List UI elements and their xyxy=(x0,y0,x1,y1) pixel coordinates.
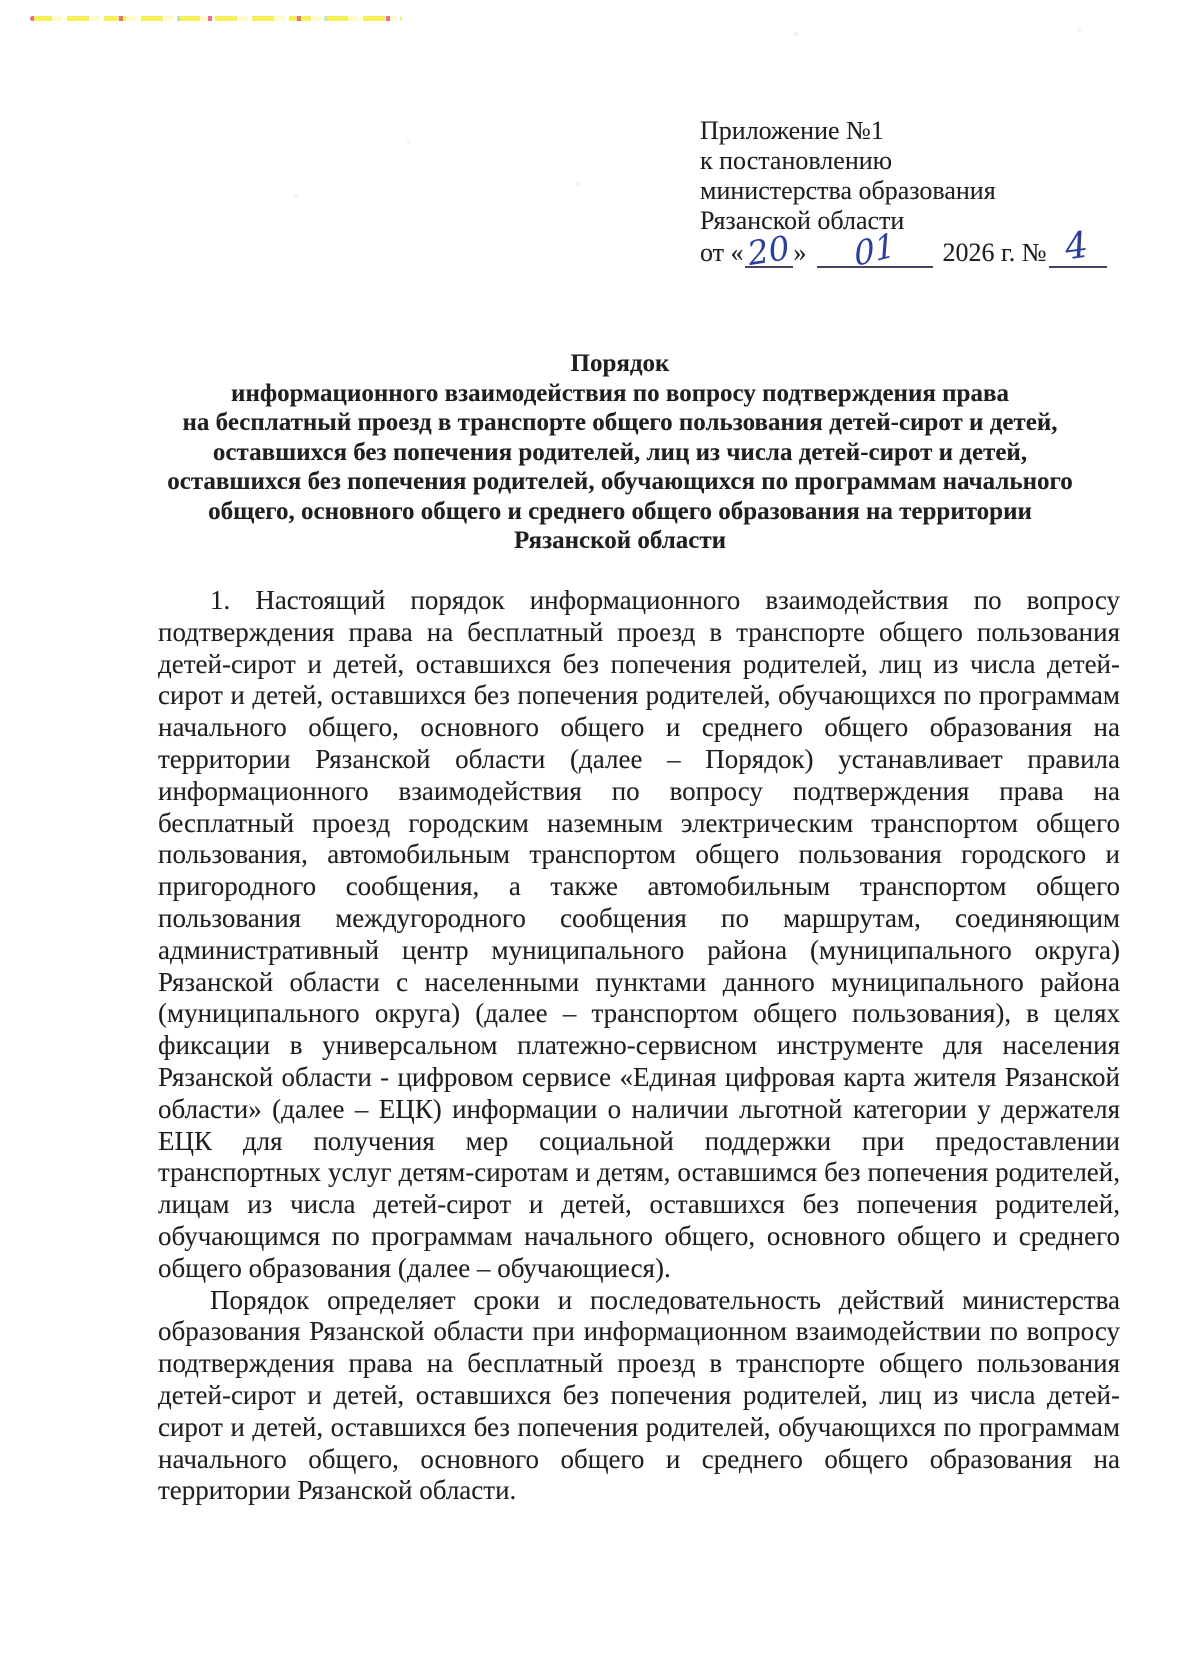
title-line: Порядок xyxy=(139,349,1101,379)
title-line: оставшихся без попечения родителей, обуч… xyxy=(139,467,1101,497)
title-line: на бесплатный проезд в транспорте общего… xyxy=(139,408,1101,438)
appendix-header-line: Приложение №1 xyxy=(700,116,1107,146)
doc-number-blank: 4 xyxy=(1049,240,1107,268)
handwritten-month: 01 xyxy=(852,232,895,268)
appendix-header: Приложение №1 к постановлению министерст… xyxy=(700,116,1107,268)
title-line: общего, основного общего и среднего обще… xyxy=(139,497,1101,527)
date-line: от «20»012026 г. №4 xyxy=(700,238,1107,268)
title-line: информационного взаимодействия по вопрос… xyxy=(139,379,1101,409)
date-prefix: от « xyxy=(700,238,744,267)
appendix-header-line: к постановлению xyxy=(700,146,1107,176)
body-paragraph: Порядок определяет сроки и последователь… xyxy=(158,1285,1120,1508)
body-paragraph: 1. Настоящий порядок информационного вза… xyxy=(158,585,1120,1285)
date-year-number-label: 2026 г. № xyxy=(943,238,1047,267)
scan-artifact-stripe xyxy=(30,16,402,21)
date-quote-close: » xyxy=(794,238,807,267)
handwritten-day: 20 xyxy=(745,235,791,267)
document-body: 1. Настоящий порядок информационного вза… xyxy=(158,585,1120,1507)
date-month-blank: 01 xyxy=(817,240,933,268)
scanned-document-page: Приложение №1 к постановлению министерст… xyxy=(0,0,1200,1676)
date-day-blank: 20 xyxy=(745,240,793,268)
document-title: Порядок информационного взаимодействия п… xyxy=(139,349,1101,556)
title-line: Рязанской области xyxy=(139,526,1101,556)
scan-noise-specks xyxy=(0,0,2,2)
appendix-header-line: министерства образования xyxy=(700,176,1107,206)
handwritten-doc-number: 4 xyxy=(1064,233,1090,262)
title-line: оставшихся без попечения родителей, лиц … xyxy=(139,438,1101,468)
